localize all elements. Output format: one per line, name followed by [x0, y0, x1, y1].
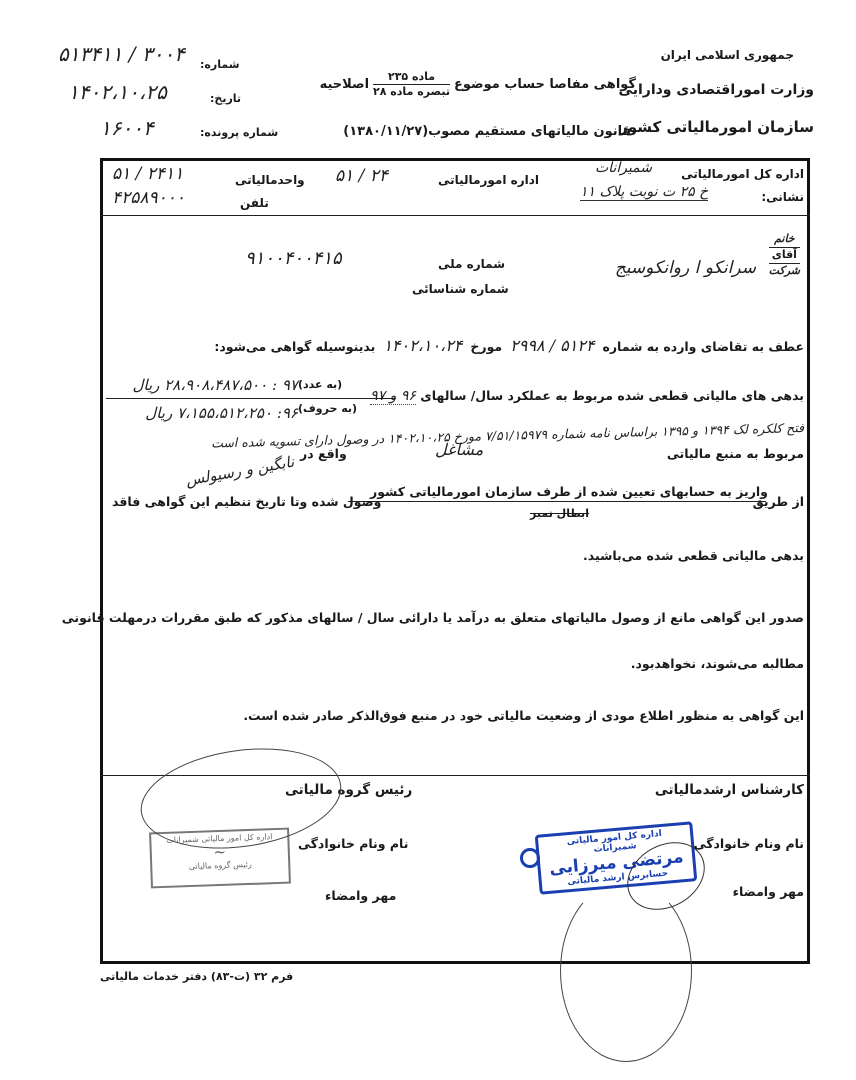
note-2: مطالبه می‌شوند، نخواهدبود.: [631, 656, 804, 671]
certificate-title: گواهی مفاصا حساب موضوع ماده ۲۳۵ تبصره ما…: [320, 70, 636, 98]
title-option-female: خانم: [769, 232, 800, 248]
payment-received: وصول شده وتا تاریخ تنظیم این گواهی فاقد: [112, 494, 381, 509]
file-number-value: ۱۶۰۰۴: [100, 116, 154, 140]
law-line: قانون مالیاتهای مستقیم مصوب(۱۳۸۰/۱۱/۲۷): [343, 124, 631, 139]
date-label: تاریخ:: [210, 92, 241, 105]
national-id-value: ۹۱۰۰۴۰۰۴۱۵: [245, 248, 342, 269]
date-value: ۱۴۰۲،۱۰،۲۵: [68, 80, 167, 104]
note-1: صدور این گواهی مانع از وصول مالیاتهای مت…: [62, 610, 804, 625]
ministry-title: وزارت اموراقتصادی ودارایی: [619, 82, 814, 98]
certificate-title-prefix: گواهی مفاصا حساب موضوع: [454, 77, 636, 92]
form-code: فرم ۳۲ (ت-۸۳) دفتر خدمات مالیاتی: [100, 970, 293, 983]
request-line: عطف به تقاضای وارده به شماره ۵۱۲۴ / ۲۹۹۸…: [214, 336, 804, 355]
republic-title: جمهوری اسلامی ایران: [661, 48, 794, 62]
request-prefix: عطف به تقاضای وارده به شماره: [602, 339, 804, 354]
article-top: ماده ۲۳۵: [373, 70, 450, 85]
in-words-value: ۹۶: ۷،۱۵۵،۵۱۲،۲۵۰ ریال: [108, 404, 298, 422]
tax-office-value: ۵۱ / ۲۴: [335, 166, 388, 186]
title-option-company: شرکت: [769, 264, 800, 279]
taxpayer-title-options: خانم آقای شرکت: [769, 232, 800, 279]
payment-via-value: واریز به حسابهای تعیین شده از طرف سازمان…: [370, 484, 768, 499]
number-value: ۵۱۳۴۱۱ / ۳۰۰۴: [58, 42, 185, 66]
national-id-label: شماره ملی: [438, 257, 505, 271]
office-divider: [100, 215, 810, 216]
title-option-male: آقای: [769, 248, 800, 264]
in-digits-value: ۹۷ : ۲۸،۹۰۸،۴۸۷،۵۰۰ ریال: [108, 376, 298, 394]
right-signature-loop: [560, 880, 692, 1062]
in-words-label: (به حروف): [298, 402, 357, 415]
taxpayer-name: سرانکو ا روانکوسیج: [615, 258, 756, 278]
located-label: واقع در: [300, 446, 347, 461]
tax-emblem-icon: [520, 848, 540, 868]
debts-years: ۹۶ و ۹۷: [370, 388, 416, 405]
tax-unit-value: ۵۱ / ۲۴۱۱: [112, 164, 183, 184]
phone-value: ۴۲۵۸۹۰۰۰: [112, 188, 185, 208]
request-dated-label: مورخ: [470, 339, 502, 354]
identification-label: شماره شناسائی: [412, 282, 509, 296]
file-number-label: شماره پرونده:: [200, 126, 278, 139]
payment-crossed: ابطال تمبر: [530, 507, 589, 520]
article-bottom: تبصره ماده ۲۸: [373, 85, 450, 98]
number-label: شماره:: [200, 58, 240, 71]
right-seal-label: مهر وامضاء: [733, 884, 804, 899]
certificate-title-suffix: اصلاحیه: [320, 77, 369, 92]
request-suffix: بدینوسیله گواهی می‌شود:: [214, 339, 375, 354]
payment-line: [348, 501, 766, 502]
general-office-label: اداره کل امورمالیاتی: [681, 167, 804, 181]
right-name-label: نام ونام خانوادگی: [694, 836, 804, 851]
phone-label: تلفن: [240, 196, 269, 210]
general-office-value: شمیرانات: [595, 160, 652, 176]
source-value: مشاغل: [435, 440, 483, 459]
amount-divider: [106, 398, 396, 399]
left-seal-label: مهر وامضاء: [325, 888, 396, 903]
source-label: مربوط به منبع مالیاتی: [667, 446, 804, 461]
article-fraction: ماده ۲۳۵ تبصره ماده ۲۸: [373, 70, 450, 98]
left-name-label: نام ونام خانوادگی: [298, 836, 408, 851]
in-digits-label: (به عدد): [298, 378, 342, 391]
debts-label: بدهی های مالیاتی قطعی شده مربوط به عملکر…: [370, 388, 804, 404]
tax-unit-label: واحدمالیاتی: [235, 173, 305, 187]
tax-office-label: اداره امورمالیاتی: [438, 173, 539, 187]
debts-label-text: بدهی های مالیاتی قطعی شده مربوط به عملکر…: [420, 388, 804, 403]
organization-title: سازمان امورمالیاتی کشور: [619, 118, 814, 136]
request-date: ۱۴۰۲،۱۰،۲۴: [383, 336, 462, 355]
request-number: ۵۱۲۴ / ۲۹۹۸: [510, 336, 594, 355]
note-3: این گواهی به منظور اطلاع مودی از وضعیت م…: [243, 708, 804, 723]
right-signer-title: کارشناس ارشدمالیاتی: [655, 782, 804, 798]
payment-line2: بدهی مالیاتی قطعی شده می‌باشید.: [583, 548, 804, 563]
address-label: نشانی:: [761, 190, 804, 204]
address-value: خ ۲۵ ت نوبت پلاک ۱۱: [580, 184, 708, 201]
